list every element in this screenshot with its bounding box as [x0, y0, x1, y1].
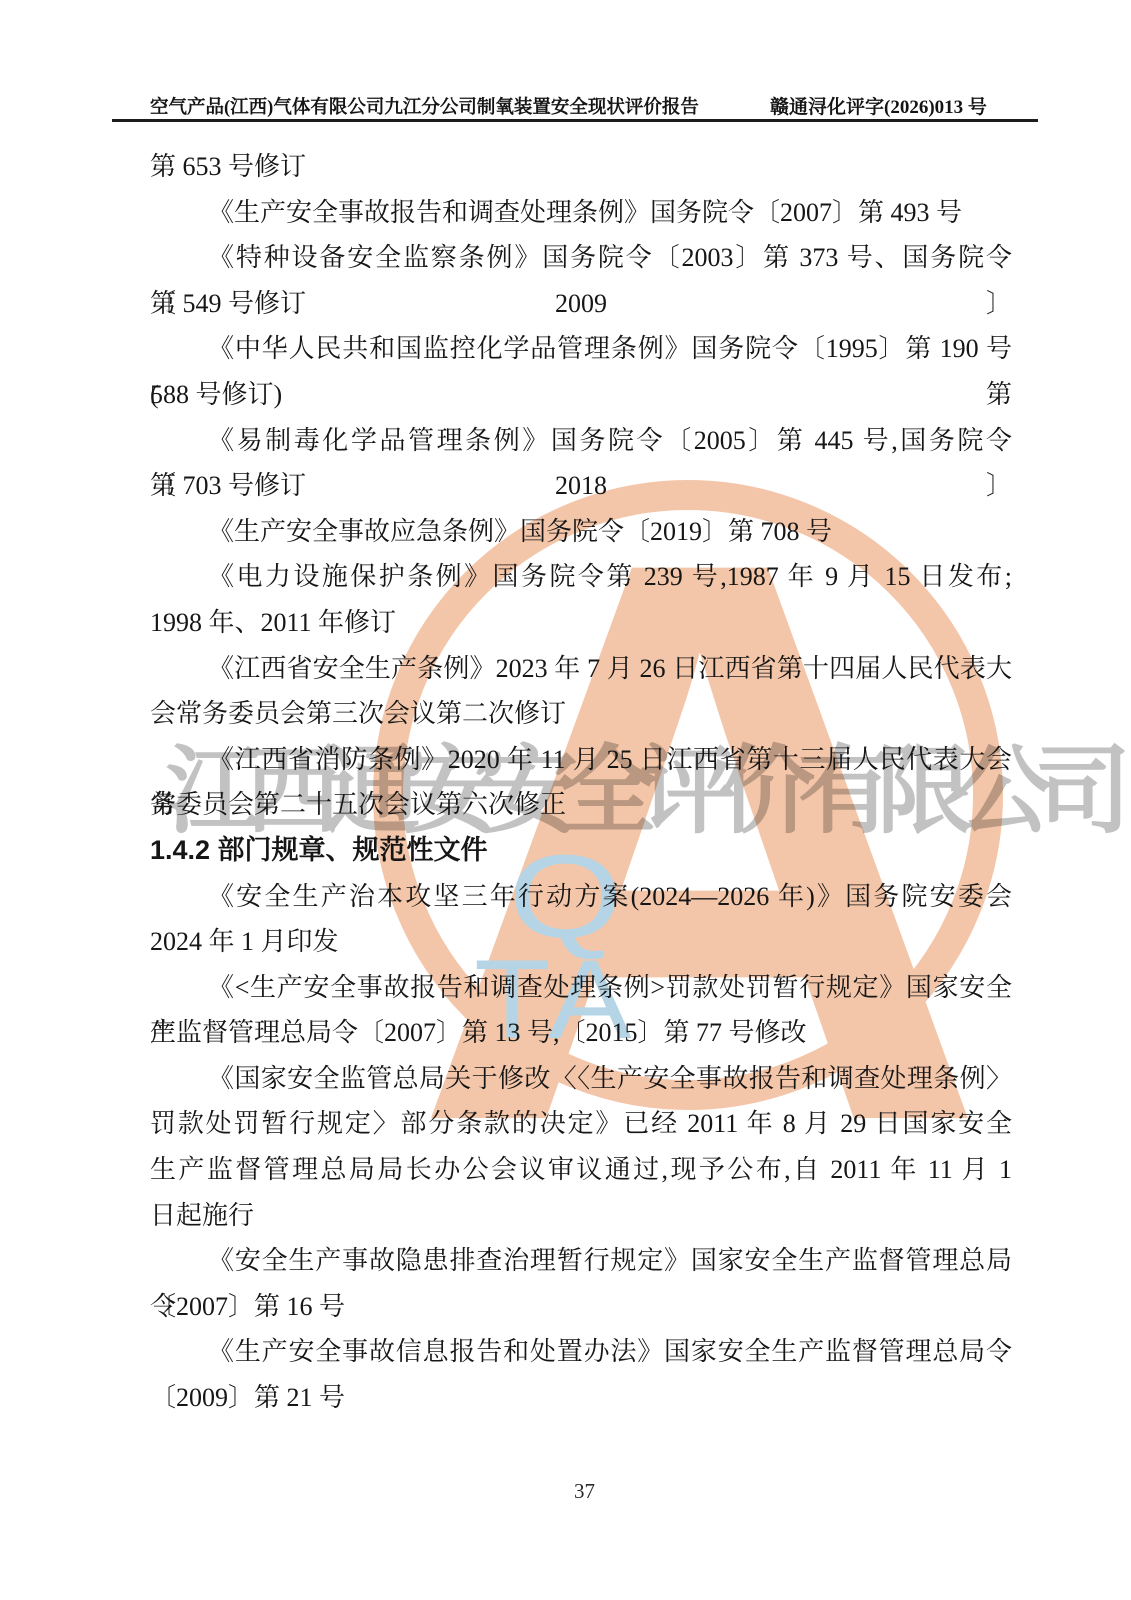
body-line: 《易制毒化学品管理条例》国务院令〔2005〕第 445 号,国务院令〔2018〕 — [150, 418, 1012, 464]
body-line: 产监督管理总局令〔2007〕第 13 号,〔2015〕第 77 号修改 — [150, 1010, 1012, 1056]
body-line: 2024 年 1 月印发 — [150, 919, 1012, 965]
body-line: 1998 年、2011 年修订 — [150, 600, 1012, 646]
page-content: 空气产品(江西)气体有限公司九江分公司制氧装置安全现状评价报告 赣通浔化评字(2… — [0, 0, 1131, 1600]
page-number: 37 — [0, 1479, 1131, 1504]
body-line: 《国家安全监管总局关于修改〈〈生产安全事故报告和调查处理条例〉 — [150, 1056, 1012, 1102]
body-line: 罚款处罚暂行规定〉部分条款的决定》已经 2011 年 8 月 29 日国家安全 — [150, 1101, 1012, 1147]
body-line: 《特种设备安全监察条例》国务院令〔2003〕第 373 号、国务院令〔2009〕 — [150, 235, 1012, 281]
body-line: 《生产安全事故信息报告和处置办法》国家安全生产监督管理总局令 — [150, 1329, 1012, 1375]
header-doc-number: 赣通浔化评字(2026)013 号 — [770, 92, 987, 119]
body-line: 会常务委员会第三次会议第二次修订 — [150, 691, 1012, 737]
section-heading: 1.4.2 部门规章、规范性文件 — [150, 828, 1012, 874]
body-line: 《安全生产治本攻坚三年行动方案(2024—2026 年)》国务院安委会 — [150, 874, 1012, 920]
body-line: 生产监督管理总局局长办公会议审议通过,现予公布,自 2011 年 11 月 1 — [150, 1147, 1012, 1193]
body-line: 《江西省消防条例》2020 年 11 月 25 日江西省第十三届人民代表大会常 — [150, 737, 1012, 783]
header-report-title: 空气产品(江西)气体有限公司九江分公司制氧装置安全现状评价报告 — [150, 93, 699, 119]
body-line: 《生产安全事故报告和调查处理条例》国务院令〔2007〕第 493 号 — [150, 190, 1012, 236]
body-line: 第 653 号修订 — [150, 144, 1012, 190]
body-text: 第 653 号修订《生产安全事故报告和调查处理条例》国务院令〔2007〕第 49… — [150, 144, 1012, 1421]
body-line: 《江西省安全生产条例》2023 年 7 月 26 日江西省第十四届人民代表大 — [150, 646, 1012, 692]
body-line: 《电力设施保护条例》国务院令第 239 号,1987 年 9 月 15 日发布; — [150, 554, 1012, 600]
body-line: 日起施行 — [150, 1193, 1012, 1239]
body-line: 《生产安全事故应急条例》国务院令〔2019〕第 708 号 — [150, 509, 1012, 555]
document-page: A Q TA 江西通安安全评价有限公司 空气产品(江西)气体有限公司九江分公司制… — [0, 0, 1131, 1600]
body-line: 《<生产安全事故报告和调查处理条例>罚款处罚暂行规定》国家安全生 — [150, 965, 1012, 1011]
body-line: 务委员会第二十五次会议第六次修正 — [150, 782, 1012, 828]
body-line: 〔2007〕第 16 号 — [150, 1284, 1012, 1330]
body-line: 《中华人民共和国监控化学品管理条例》国务院令〔1995〕第 190 号(第 — [150, 326, 1012, 372]
body-line: 《安全生产事故隐患排查治理暂行规定》国家安全生产监督管理总局令 — [150, 1238, 1012, 1284]
header-rule — [112, 119, 1038, 122]
body-line: 〔2009〕第 21 号 — [150, 1375, 1012, 1421]
